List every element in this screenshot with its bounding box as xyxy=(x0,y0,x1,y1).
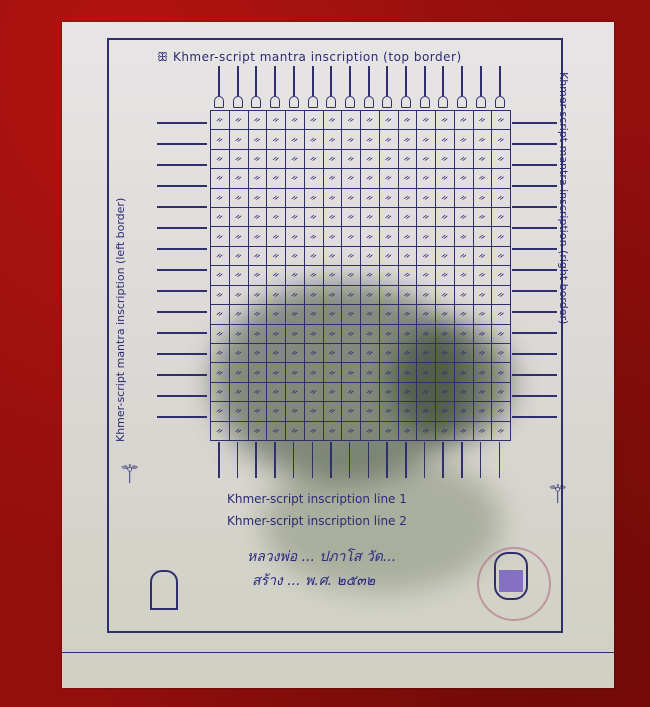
grid-cell: ᨀ xyxy=(436,111,455,130)
bottom-arrow-ray xyxy=(499,442,501,478)
bottom-arrow-ray xyxy=(274,442,276,478)
grid-cell: ᨀ xyxy=(474,363,493,382)
right-arrow-ray xyxy=(512,374,557,376)
grid-cell: ᨀ xyxy=(324,208,343,227)
stupa-spire-icon xyxy=(326,66,336,108)
left-arrow-ray xyxy=(157,122,207,124)
grid-cell: ᨀ xyxy=(436,363,455,382)
grid-cell: ᨀ xyxy=(399,208,418,227)
grid-cell: ᨀ xyxy=(342,247,361,266)
grid-cell: ᨀ xyxy=(211,208,230,227)
grid-cell: ᨀ xyxy=(399,189,418,208)
grid-cell: ᨀ xyxy=(492,344,511,363)
grid-cell: ᨀ xyxy=(455,325,474,344)
yantra-grid: ᨀᨀᨀᨀᨀᨀᨀᨀᨀᨀᨀᨀᨀᨀᨀᨀᨀᨀᨀᨀᨀᨀᨀᨀᨀᨀᨀᨀᨀᨀᨀᨀᨀᨀᨀᨀᨀᨀᨀᨀ… xyxy=(210,110,511,441)
grid-cell: ᨀ xyxy=(324,111,343,130)
grid-cell: ᨀ xyxy=(305,422,324,441)
grid-cell: ᨀ xyxy=(230,402,249,421)
left-arrow-ray xyxy=(157,143,207,145)
grid-cell: ᨀ xyxy=(324,266,343,285)
grid-cell: ᨀ xyxy=(455,189,474,208)
left-arrow-ray xyxy=(157,332,207,334)
grid-cell: ᨀ xyxy=(436,305,455,324)
grid-cell: ᨀ xyxy=(267,111,286,130)
grid-cell: ᨀ xyxy=(211,266,230,285)
stupa-spire-icon xyxy=(289,66,299,108)
caption-line-2: Khmer-script inscription line 2 xyxy=(227,514,407,528)
grid-cell: ᨀ xyxy=(305,402,324,421)
caption-line-1: Khmer-script inscription line 1 xyxy=(227,492,407,506)
grid-cell: ᨀ xyxy=(474,189,493,208)
grid-cell: ᨀ xyxy=(342,383,361,402)
grid-cell: ᨀ xyxy=(305,383,324,402)
grid-cell: ᨀ xyxy=(399,402,418,421)
grid-cell: ᨀ xyxy=(361,150,380,169)
grid-cell: ᨀ xyxy=(249,130,268,149)
grid-cell: ᨀ xyxy=(342,363,361,382)
grid-cell: ᨀ xyxy=(361,344,380,363)
grid-cell: ᨀ xyxy=(324,189,343,208)
grid-cell: ᨀ xyxy=(267,227,286,246)
grid-cell: ᨀ xyxy=(361,325,380,344)
grid-cell: ᨀ xyxy=(230,344,249,363)
grid-cell: ᨀ xyxy=(342,189,361,208)
grid-cell: ᨀ xyxy=(436,383,455,402)
grid-cell: ᨀ xyxy=(305,247,324,266)
grid-cell: ᨀ xyxy=(342,422,361,441)
stupa-spire-icon xyxy=(214,66,224,108)
grid-cell: ᨀ xyxy=(380,111,399,130)
grid-cell: ᨀ xyxy=(474,402,493,421)
stupa-spire-icon xyxy=(251,66,261,108)
right-arrow-ray xyxy=(512,395,557,397)
grid-cell: ᨀ xyxy=(455,111,474,130)
grid-cell: ᨀ xyxy=(380,130,399,149)
stupa-spire-icon xyxy=(233,66,243,108)
grid-cell: ᨀ xyxy=(211,383,230,402)
grid-cell: ᨀ xyxy=(399,266,418,285)
grid-cell: ᨀ xyxy=(324,247,343,266)
grid-cell: ᨀ xyxy=(417,150,436,169)
grid-cell: ᨀ xyxy=(361,402,380,421)
grid-cell: ᨀ xyxy=(267,247,286,266)
grid-cell: ᨀ xyxy=(286,266,305,285)
stupa-spire-icon xyxy=(345,66,355,108)
grid-cell: ᨀ xyxy=(361,189,380,208)
bottom-rule-line xyxy=(62,652,614,653)
grid-cell: ᨀ xyxy=(267,169,286,188)
grid-cell: ᨀ xyxy=(492,208,511,227)
grid-cell: ᨀ xyxy=(436,169,455,188)
grid-cell: ᨀ xyxy=(361,208,380,227)
left-arrow-ray xyxy=(157,248,207,250)
grid-cell: ᨀ xyxy=(249,344,268,363)
grid-cell: ᨀ xyxy=(474,150,493,169)
grid-cell: ᨀ xyxy=(399,422,418,441)
grid-cell: ᨀ xyxy=(267,208,286,227)
grid-cell: ᨀ xyxy=(436,422,455,441)
left-arrow-ray xyxy=(157,206,207,208)
bottom-arrow-ray xyxy=(405,442,407,478)
grid-cell: ᨀ xyxy=(474,286,493,305)
grid-cell: ᨀ xyxy=(342,325,361,344)
grid-cell: ᨀ xyxy=(399,383,418,402)
grid-cell: ᨀ xyxy=(286,227,305,246)
grid-cell: ᨀ xyxy=(249,169,268,188)
right-arrow-ray xyxy=(512,416,557,418)
right-inscription: Khmer-script mantra inscription (right b… xyxy=(557,72,570,452)
grid-cell: ᨀ xyxy=(211,150,230,169)
grid-cell: ᨀ xyxy=(324,344,343,363)
bottom-arrow-ray xyxy=(368,442,370,478)
grid-cell: ᨀ xyxy=(474,169,493,188)
signature-line-2: สร้าง ... พ.ศ. ๒๕๓๒ xyxy=(252,570,375,592)
yantra-cloth: ꕥ Khmer-script mantra inscription (top b… xyxy=(62,22,614,688)
stupa-spire-icon xyxy=(420,66,430,108)
grid-cell: ᨀ xyxy=(361,111,380,130)
grid-cell: ᨀ xyxy=(230,422,249,441)
grid-cell: ᨀ xyxy=(249,227,268,246)
right-arrow-ray xyxy=(512,332,557,334)
grid-cell: ᨀ xyxy=(455,266,474,285)
grid-cell: ᨀ xyxy=(474,130,493,149)
grid-cell: ᨀ xyxy=(211,286,230,305)
grid-cell: ᨀ xyxy=(286,305,305,324)
grid-cell: ᨀ xyxy=(267,363,286,382)
left-arrow-ray xyxy=(157,227,207,229)
grid-cell: ᨀ xyxy=(249,305,268,324)
left-arrow-ray xyxy=(157,164,207,166)
grid-cell: ᨀ xyxy=(324,305,343,324)
bottom-arrow-ray xyxy=(218,442,220,478)
grid-cell: ᨀ xyxy=(380,247,399,266)
bottom-arrow-ray xyxy=(461,442,463,478)
bottom-arrow-ray xyxy=(424,442,426,478)
grid-cell: ᨀ xyxy=(305,111,324,130)
stupa-spire-icon xyxy=(476,66,486,108)
grid-cell: ᨀ xyxy=(361,286,380,305)
grid-cell: ᨀ xyxy=(324,325,343,344)
grid-cell: ᨀ xyxy=(286,130,305,149)
stupa-spire-icon xyxy=(495,66,505,108)
grid-cell: ᨀ xyxy=(361,363,380,382)
right-arrow-ray xyxy=(512,206,557,208)
grid-cell: ᨀ xyxy=(305,189,324,208)
grid-cell: ᨀ xyxy=(305,286,324,305)
grid-cell: ᨀ xyxy=(211,363,230,382)
grid-cell: ᨀ xyxy=(249,189,268,208)
grid-cell: ᨀ xyxy=(361,227,380,246)
grid-cell: ᨀ xyxy=(474,344,493,363)
left-arrow-ray xyxy=(157,185,207,187)
grid-cell: ᨀ xyxy=(492,111,511,130)
grid-cell: ᨀ xyxy=(380,169,399,188)
grid-cell: ᨀ xyxy=(249,383,268,402)
grid-cell: ᨀ xyxy=(455,402,474,421)
grid-cell: ᨀ xyxy=(305,363,324,382)
left-arrow-ray xyxy=(157,353,207,355)
grid-cell: ᨀ xyxy=(361,266,380,285)
grid-cell: ᨀ xyxy=(455,208,474,227)
grid-cell: ᨀ xyxy=(286,189,305,208)
right-sigil-icon xyxy=(494,552,528,600)
grid-cell: ᨀ xyxy=(474,266,493,285)
stupa-spire-icon xyxy=(382,66,392,108)
grid-cell: ᨀ xyxy=(436,266,455,285)
grid-cell: ᨀ xyxy=(417,169,436,188)
grid-cell: ᨀ xyxy=(399,325,418,344)
grid-cell: ᨀ xyxy=(380,325,399,344)
grid-cell: ᨀ xyxy=(230,150,249,169)
right-arrow-ray xyxy=(512,227,557,229)
grid-cell: ᨀ xyxy=(399,130,418,149)
grid-cell: ᨀ xyxy=(286,344,305,363)
grid-cell: ᨀ xyxy=(492,227,511,246)
grid-cell: ᨀ xyxy=(324,402,343,421)
grid-cell: ᨀ xyxy=(455,383,474,402)
grid-cell: ᨀ xyxy=(211,422,230,441)
grid-cell: ᨀ xyxy=(286,402,305,421)
grid-cell: ᨀ xyxy=(455,150,474,169)
bottom-arrow-ray xyxy=(293,442,295,478)
grid-cell: ᨀ xyxy=(324,286,343,305)
grid-cell: ᨀ xyxy=(492,169,511,188)
grid-cell: ᨀ xyxy=(399,286,418,305)
grid-cell: ᨀ xyxy=(436,130,455,149)
grid-cell: ᨀ xyxy=(249,150,268,169)
stupa-spire-icon xyxy=(438,66,448,108)
left-arrow-ray xyxy=(157,395,207,397)
grid-cell: ᨀ xyxy=(249,325,268,344)
grid-cell: ᨀ xyxy=(249,266,268,285)
grid-cell: ᨀ xyxy=(249,422,268,441)
grid-cell: ᨀ xyxy=(230,383,249,402)
grid-cell: ᨀ xyxy=(230,130,249,149)
bottom-arrow-ray xyxy=(349,442,351,478)
grid-cell: ᨀ xyxy=(305,325,324,344)
grid-cell: ᨀ xyxy=(436,208,455,227)
grid-cell: ᨀ xyxy=(492,130,511,149)
grid-cell: ᨀ xyxy=(249,286,268,305)
grid-cell: ᨀ xyxy=(324,383,343,402)
grid-cell: ᨀ xyxy=(211,130,230,149)
grid-cell: ᨀ xyxy=(211,305,230,324)
grid-cell: ᨀ xyxy=(286,286,305,305)
grid-cell: ᨀ xyxy=(324,363,343,382)
bottom-arrow-ray xyxy=(480,442,482,478)
grid-cell: ᨀ xyxy=(492,363,511,382)
right-arrow-ray xyxy=(512,122,557,124)
grid-cell: ᨀ xyxy=(455,305,474,324)
grid-cell: ᨀ xyxy=(230,227,249,246)
grid-cell: ᨀ xyxy=(417,208,436,227)
grid-cell: ᨀ xyxy=(305,169,324,188)
grid-cell: ᨀ xyxy=(474,422,493,441)
grid-cell: ᨀ xyxy=(230,305,249,324)
grid-cell: ᨀ xyxy=(324,150,343,169)
grid-cell: ᨀ xyxy=(249,247,268,266)
grid-cell: ᨀ xyxy=(417,402,436,421)
grid-cell: ᨀ xyxy=(380,227,399,246)
grid-cell: ᨀ xyxy=(417,305,436,324)
left-arrow-ray xyxy=(157,269,207,271)
right-arrow-ray xyxy=(512,290,557,292)
grid-cell: ᨀ xyxy=(305,150,324,169)
grid-cell: ᨀ xyxy=(324,227,343,246)
grid-cell: ᨀ xyxy=(380,266,399,285)
grid-cell: ᨀ xyxy=(436,402,455,421)
grid-cell: ᨀ xyxy=(455,344,474,363)
grid-cell: ᨀ xyxy=(399,111,418,130)
grid-cell: ᨀ xyxy=(455,422,474,441)
grid-cell: ᨀ xyxy=(492,383,511,402)
grid-cell: ᨀ xyxy=(267,325,286,344)
grid-cell: ᨀ xyxy=(211,227,230,246)
left-arrow-ray xyxy=(157,290,207,292)
grid-cell: ᨀ xyxy=(361,130,380,149)
grid-cell: ᨀ xyxy=(492,189,511,208)
grid-cell: ᨀ xyxy=(492,286,511,305)
grid-cell: ᨀ xyxy=(455,169,474,188)
grid-cell: ᨀ xyxy=(324,169,343,188)
stupa-spire-icon xyxy=(308,66,318,108)
bottom-arrow-ray xyxy=(386,442,388,478)
grid-cell: ᨀ xyxy=(492,422,511,441)
right-arrow-ray xyxy=(512,143,557,145)
grid-cell: ᨀ xyxy=(417,325,436,344)
grid-cell: ᨀ xyxy=(492,402,511,421)
grid-cell: ᨀ xyxy=(474,208,493,227)
grid-cell: ᨀ xyxy=(267,189,286,208)
grid-cell: ᨀ xyxy=(286,247,305,266)
grid-cell: ᨀ xyxy=(267,130,286,149)
bottom-arrow-ray xyxy=(237,442,239,478)
grid-cell: ᨀ xyxy=(267,344,286,363)
grid-cell: ᨀ xyxy=(492,247,511,266)
grid-cell: ᨀ xyxy=(399,150,418,169)
grid-cell: ᨀ xyxy=(211,325,230,344)
grid-cell: ᨀ xyxy=(492,266,511,285)
grid-cell: ᨀ xyxy=(342,150,361,169)
grid-cell: ᨀ xyxy=(249,402,268,421)
grid-cell: ᨀ xyxy=(305,344,324,363)
grid-cell: ᨀ xyxy=(267,266,286,285)
grid-cell: ᨀ xyxy=(380,305,399,324)
grid-cell: ᨀ xyxy=(380,189,399,208)
grid-cell: ᨀ xyxy=(474,383,493,402)
left-tree-sigil-icon: ⚚ xyxy=(118,462,141,488)
grid-cell: ᨀ xyxy=(305,266,324,285)
right-arrow-ray xyxy=(512,185,557,187)
bottom-arrow-ray xyxy=(312,442,314,478)
grid-cell: ᨀ xyxy=(342,286,361,305)
grid-cell: ᨀ xyxy=(249,363,268,382)
grid-cell: ᨀ xyxy=(380,344,399,363)
grid-cell: ᨀ xyxy=(361,305,380,324)
grid-cell: ᨀ xyxy=(267,383,286,402)
grid-cell: ᨀ xyxy=(380,208,399,227)
grid-cell: ᨀ xyxy=(342,208,361,227)
grid-cell: ᨀ xyxy=(436,247,455,266)
grid-cell: ᨀ xyxy=(286,169,305,188)
header-inscription: ꕥ Khmer-script mantra inscription (top b… xyxy=(157,50,547,65)
grid-cell: ᨀ xyxy=(417,344,436,363)
grid-cell: ᨀ xyxy=(417,111,436,130)
grid-cell: ᨀ xyxy=(211,344,230,363)
stupa-spire-icon xyxy=(364,66,374,108)
bottom-arrow-ray xyxy=(330,442,332,478)
left-inscription: Khmer-script mantra inscription (left bo… xyxy=(114,62,127,442)
grid-cell: ᨀ xyxy=(380,422,399,441)
grid-cell: ᨀ xyxy=(380,286,399,305)
grid-cell: ᨀ xyxy=(380,402,399,421)
grid-cell: ᨀ xyxy=(455,247,474,266)
right-tree-sigil-icon: ⚚ xyxy=(546,482,569,508)
grid-cell: ᨀ xyxy=(417,383,436,402)
grid-cell: ᨀ xyxy=(211,189,230,208)
grid-cell: ᨀ xyxy=(230,208,249,227)
right-arrow-ray xyxy=(512,353,557,355)
grid-cell: ᨀ xyxy=(230,266,249,285)
grid-cell: ᨀ xyxy=(305,130,324,149)
grid-cell: ᨀ xyxy=(286,150,305,169)
grid-cell: ᨀ xyxy=(342,130,361,149)
grid-cell: ᨀ xyxy=(267,402,286,421)
signature-line-1: หลวงพ่อ ... ปภาโส วัด... xyxy=(247,546,396,568)
grid-cell: ᨀ xyxy=(399,169,418,188)
grid-cell: ᨀ xyxy=(380,363,399,382)
grid-cell: ᨀ xyxy=(417,247,436,266)
grid-cell: ᨀ xyxy=(286,383,305,402)
grid-cell: ᨀ xyxy=(324,130,343,149)
grid-cell: ᨀ xyxy=(455,286,474,305)
grid-cell: ᨀ xyxy=(361,383,380,402)
grid-cell: ᨀ xyxy=(286,363,305,382)
grid-cell: ᨀ xyxy=(417,266,436,285)
grid-cell: ᨀ xyxy=(230,111,249,130)
left-sigil-icon xyxy=(150,570,178,610)
grid-cell: ᨀ xyxy=(230,286,249,305)
grid-cell: ᨀ xyxy=(417,363,436,382)
grid-cell: ᨀ xyxy=(267,150,286,169)
grid-cell: ᨀ xyxy=(230,169,249,188)
grid-cell: ᨀ xyxy=(399,247,418,266)
grid-cell: ᨀ xyxy=(492,305,511,324)
grid-cell: ᨀ xyxy=(492,150,511,169)
grid-cell: ᨀ xyxy=(230,325,249,344)
right-arrow-ray xyxy=(512,248,557,250)
grid-cell: ᨀ xyxy=(267,286,286,305)
grid-cell: ᨀ xyxy=(286,325,305,344)
grid-cell: ᨀ xyxy=(249,208,268,227)
right-arrow-ray xyxy=(512,311,557,313)
grid-cell: ᨀ xyxy=(211,247,230,266)
grid-cell: ᨀ xyxy=(417,130,436,149)
grid-cell: ᨀ xyxy=(399,344,418,363)
grid-cell: ᨀ xyxy=(399,227,418,246)
grid-cell: ᨀ xyxy=(286,422,305,441)
grid-cell: ᨀ xyxy=(436,344,455,363)
stupa-spire-icon xyxy=(401,66,411,108)
grid-cell: ᨀ xyxy=(474,305,493,324)
grid-cell: ᨀ xyxy=(436,286,455,305)
grid-cell: ᨀ xyxy=(305,208,324,227)
grid-cell: ᨀ xyxy=(361,169,380,188)
grid-cell: ᨀ xyxy=(399,363,418,382)
grid-cell: ᨀ xyxy=(342,305,361,324)
grid-cell: ᨀ xyxy=(305,227,324,246)
right-arrow-ray xyxy=(512,269,557,271)
